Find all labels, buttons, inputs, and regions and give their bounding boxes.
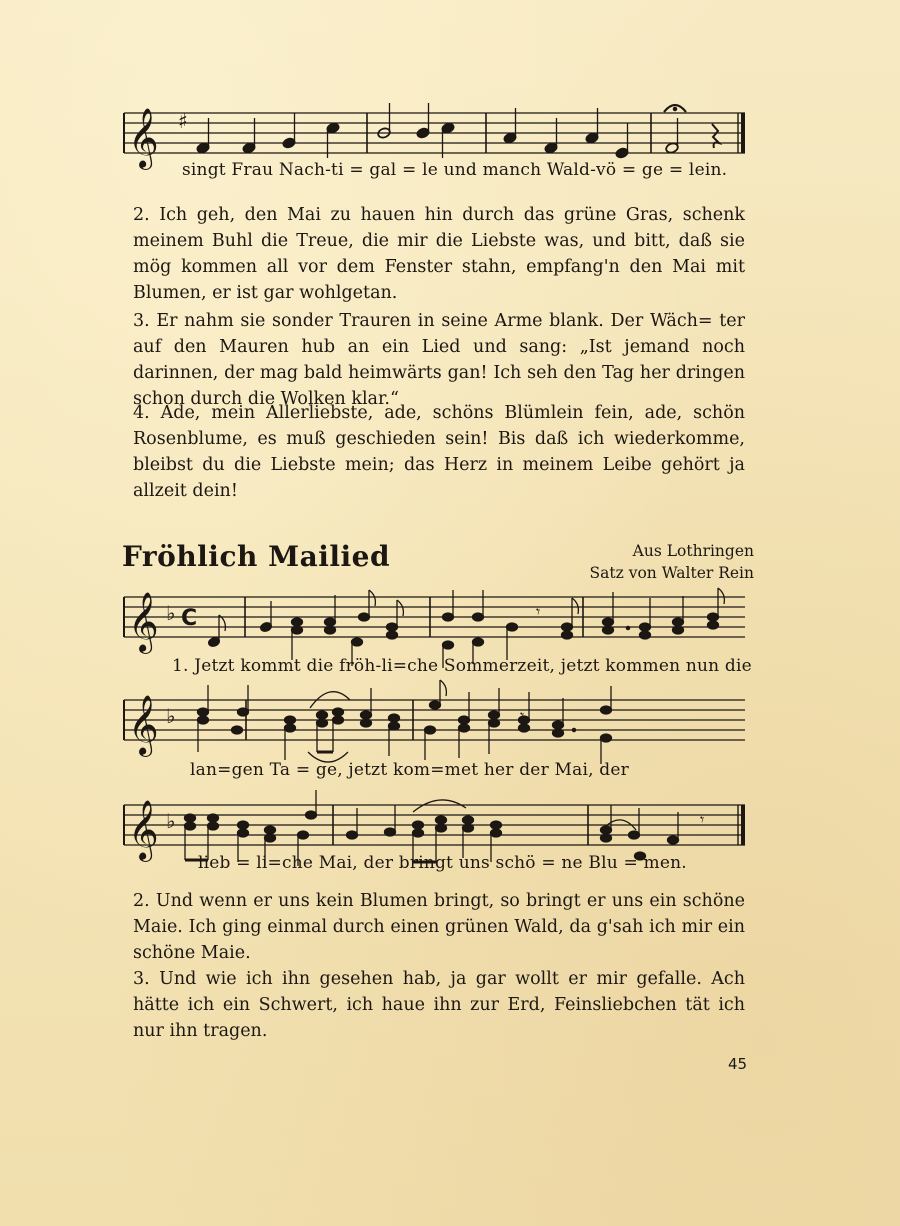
svg-text:𝄾: 𝄾 [536, 602, 540, 621]
flat-icon: ♭ [166, 704, 175, 728]
common-time-icon: C [181, 606, 197, 631]
svg-text:𝄾: 𝄾 [700, 810, 704, 829]
svg-text:𝄾: 𝄾 [520, 706, 524, 725]
song2-verse-2: 2. Und wenn er uns kein Blumen bringt, s… [133, 888, 745, 966]
rest-icons: 𝄾 𝄾 𝄾 [520, 602, 704, 829]
song2-lyric-line-3: lieb = li=che Mai, der bringt uns schö =… [198, 853, 687, 873]
flat-icon: ♭ [166, 809, 175, 833]
flat-icon: ♭ [166, 601, 175, 625]
song2-notes [185, 588, 725, 866]
treble-clef-icon: 𝄞 [128, 592, 159, 654]
treble-clef-icon: 𝄞 [128, 800, 159, 862]
song2-lyric-line-2: lan=gen Ta = ge, jetzt kom=met her der M… [190, 760, 629, 780]
treble-clef-icon: 𝄞 [128, 695, 159, 757]
song2-verse-3: 3. Und wie ich ihn gesehen hab, ja gar w… [133, 966, 745, 1044]
page-number: 45 [728, 1055, 747, 1073]
song2-lyric-line-1: 1. Jetzt kommt die fröh-li=che Sommerzei… [172, 656, 752, 676]
